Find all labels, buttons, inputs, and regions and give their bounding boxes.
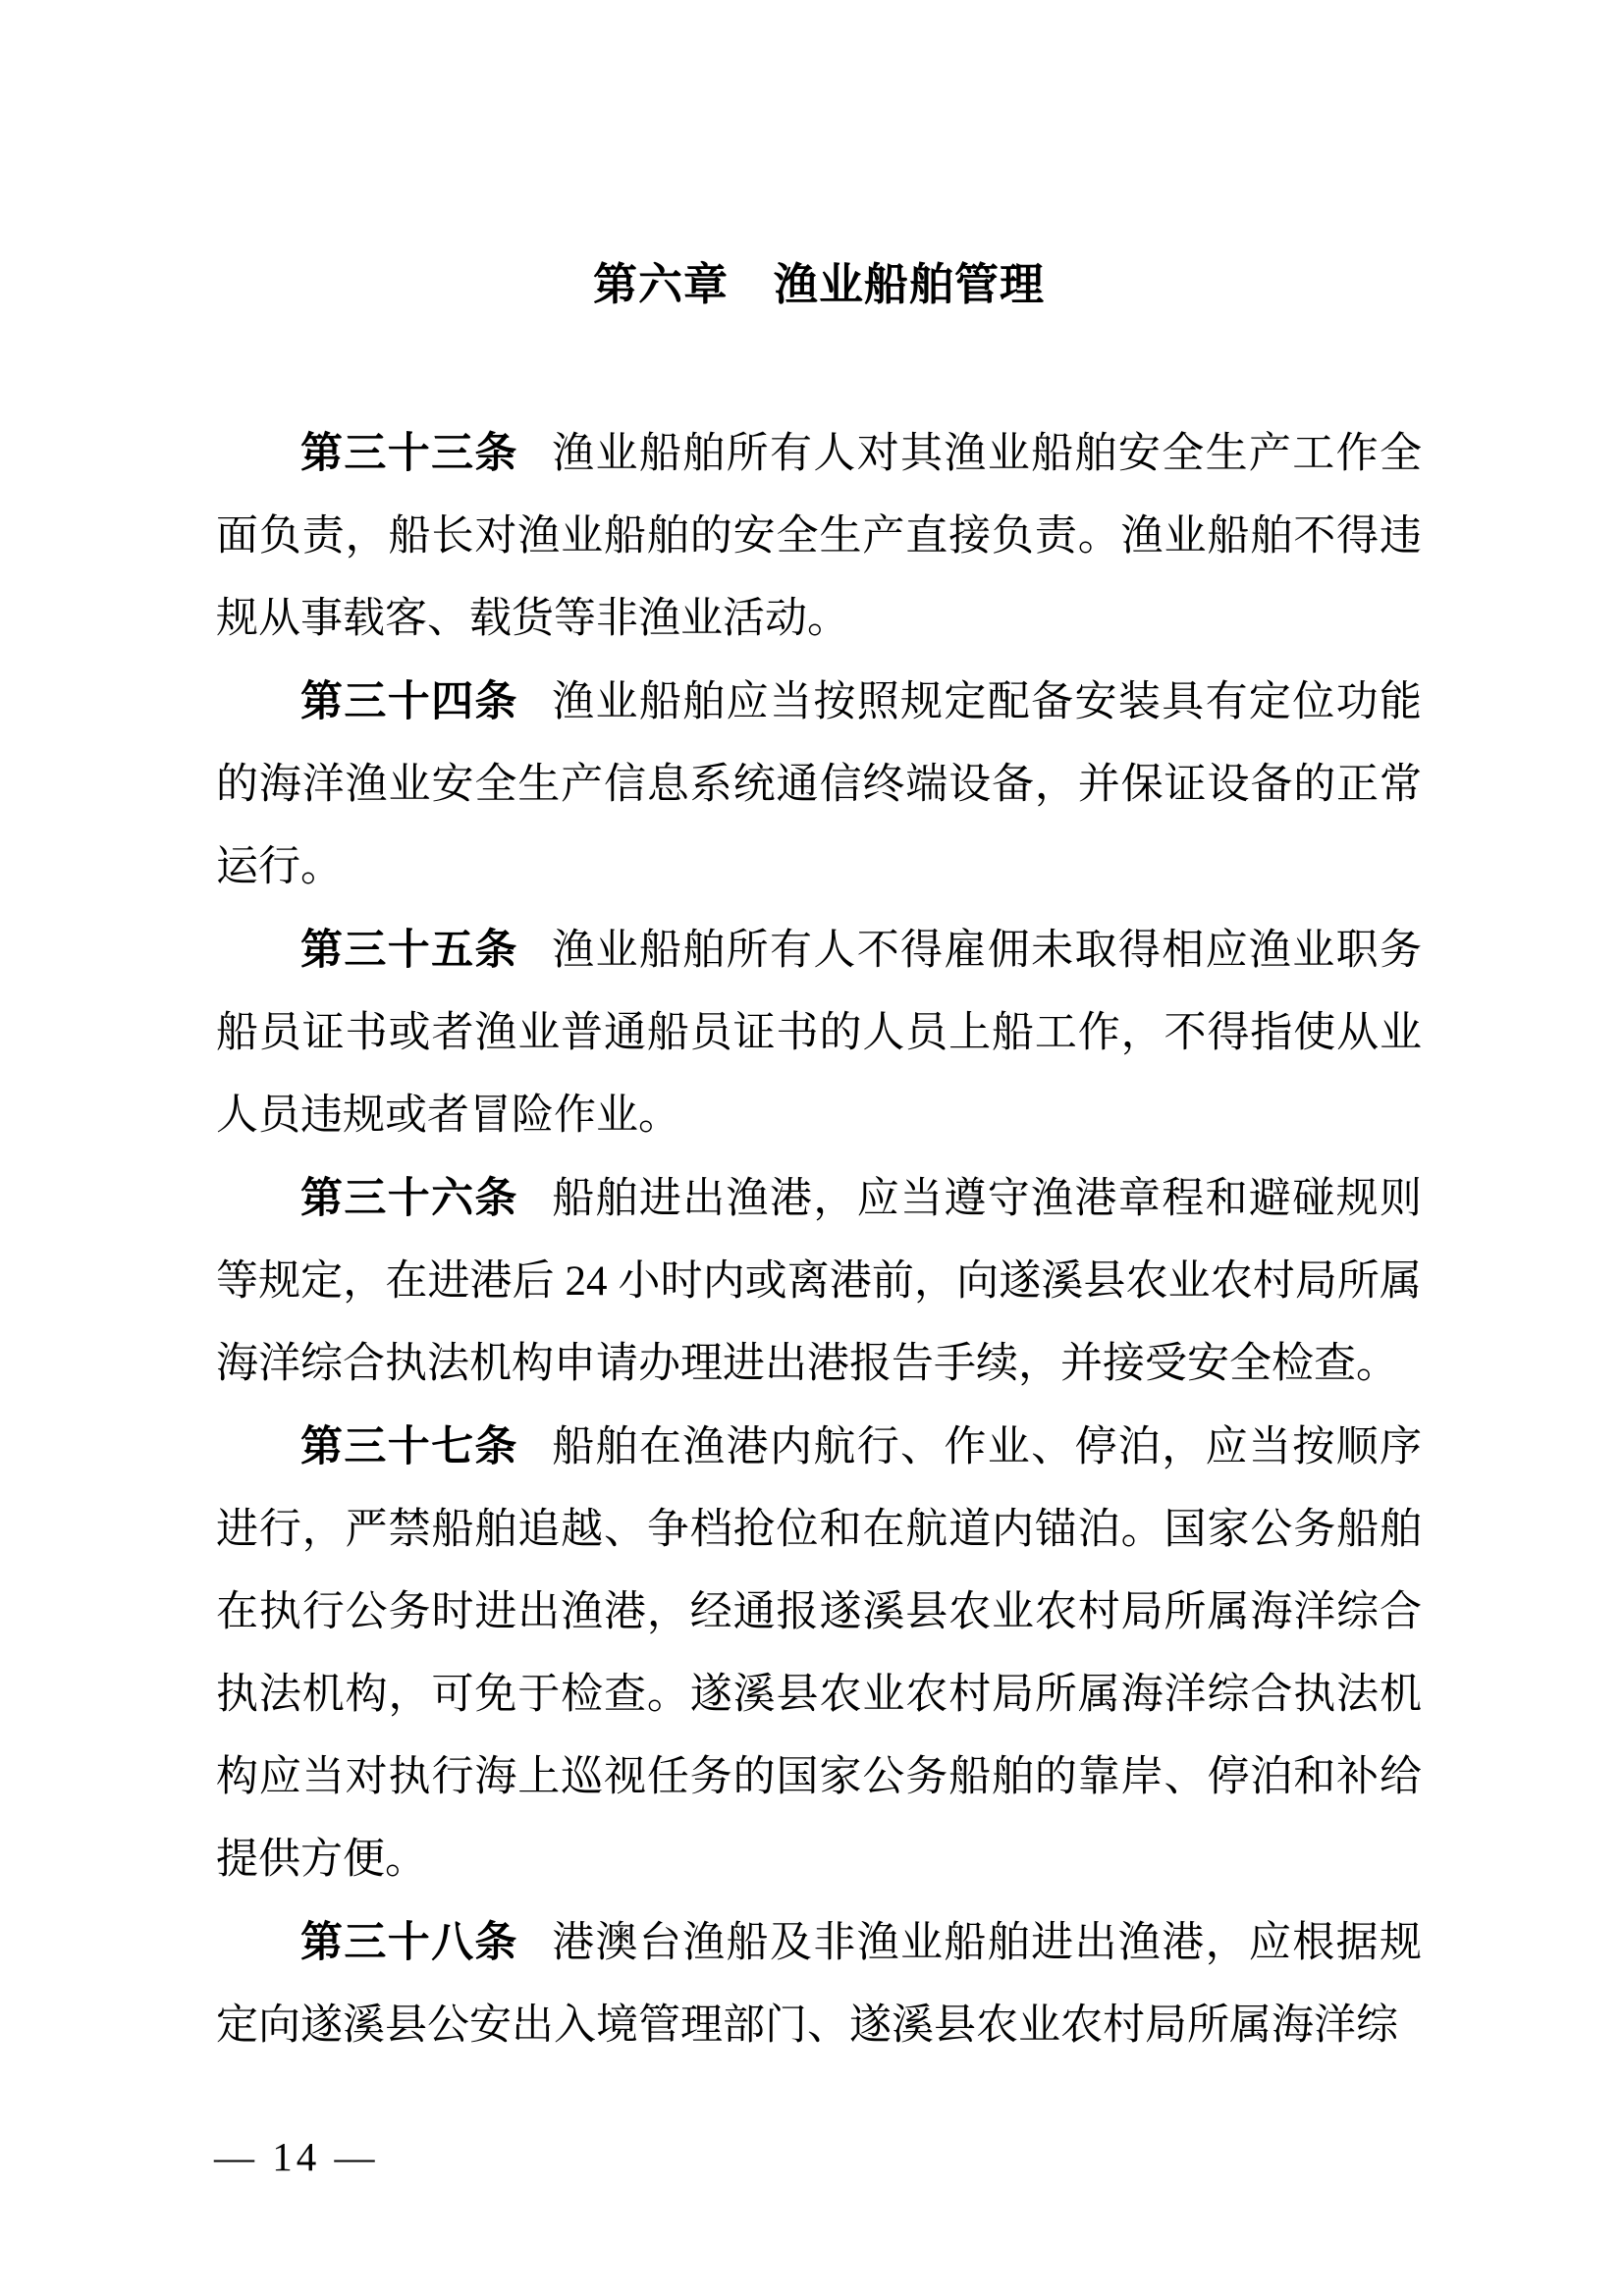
article-paragraph: 第三十四条渔业船舶应当按照规定配备安装具有定位功能的海洋渔业安全生产信息系统通信…	[216, 661, 1422, 909]
article-number: 第三十五条	[300, 927, 518, 974]
page-number: — 14 —	[214, 2132, 379, 2181]
document-page: 第六章 渔业船舶管理 第三十三条渔业船舶所有人对其渔业船舶安全生产工作全面负责，…	[0, 0, 1624, 2296]
article-paragraph: 第三十八条港澳台渔船及非渔业船舶进出渔港，应根据规定向遂溪县公安出入境管理部门、…	[216, 1901, 1422, 2067]
document-body: 第三十三条渔业船舶所有人对其渔业船舶安全生产工作全面负责，船长对渔业船舶的安全生…	[216, 412, 1422, 2067]
article-number: 第三十六条	[300, 1175, 518, 1222]
article-number: 第三十三条	[300, 430, 518, 477]
article-text: 船舶在渔港内航行、作业、停泊，应当按顺序进行，严禁船舶追越、争档抢位和在航道内锚…	[216, 1424, 1422, 1883]
article-paragraph: 第三十五条渔业船舶所有人不得雇佣未取得相应渔业职务船员证书或者渔业普通船员证书的…	[216, 909, 1422, 1157]
article-number: 第三十八条	[300, 1919, 518, 1966]
chapter-title: 第六章 渔业船舶管理	[216, 257, 1422, 312]
article-paragraph: 第三十六条船舶进出渔港，应当遵守渔港章程和避碰规则等规定，在进港后 24 小时内…	[216, 1157, 1422, 1406]
article-paragraph: 第三十三条渔业船舶所有人对其渔业船舶安全生产工作全面负责，船长对渔业船舶的安全生…	[216, 412, 1422, 661]
article-number: 第三十四条	[300, 678, 518, 725]
article-number: 第三十七条	[300, 1423, 518, 1470]
article-paragraph: 第三十七条船舶在渔港内航行、作业、停泊，应当按顺序进行，严禁船舶追越、争档抢位和…	[216, 1406, 1422, 1901]
